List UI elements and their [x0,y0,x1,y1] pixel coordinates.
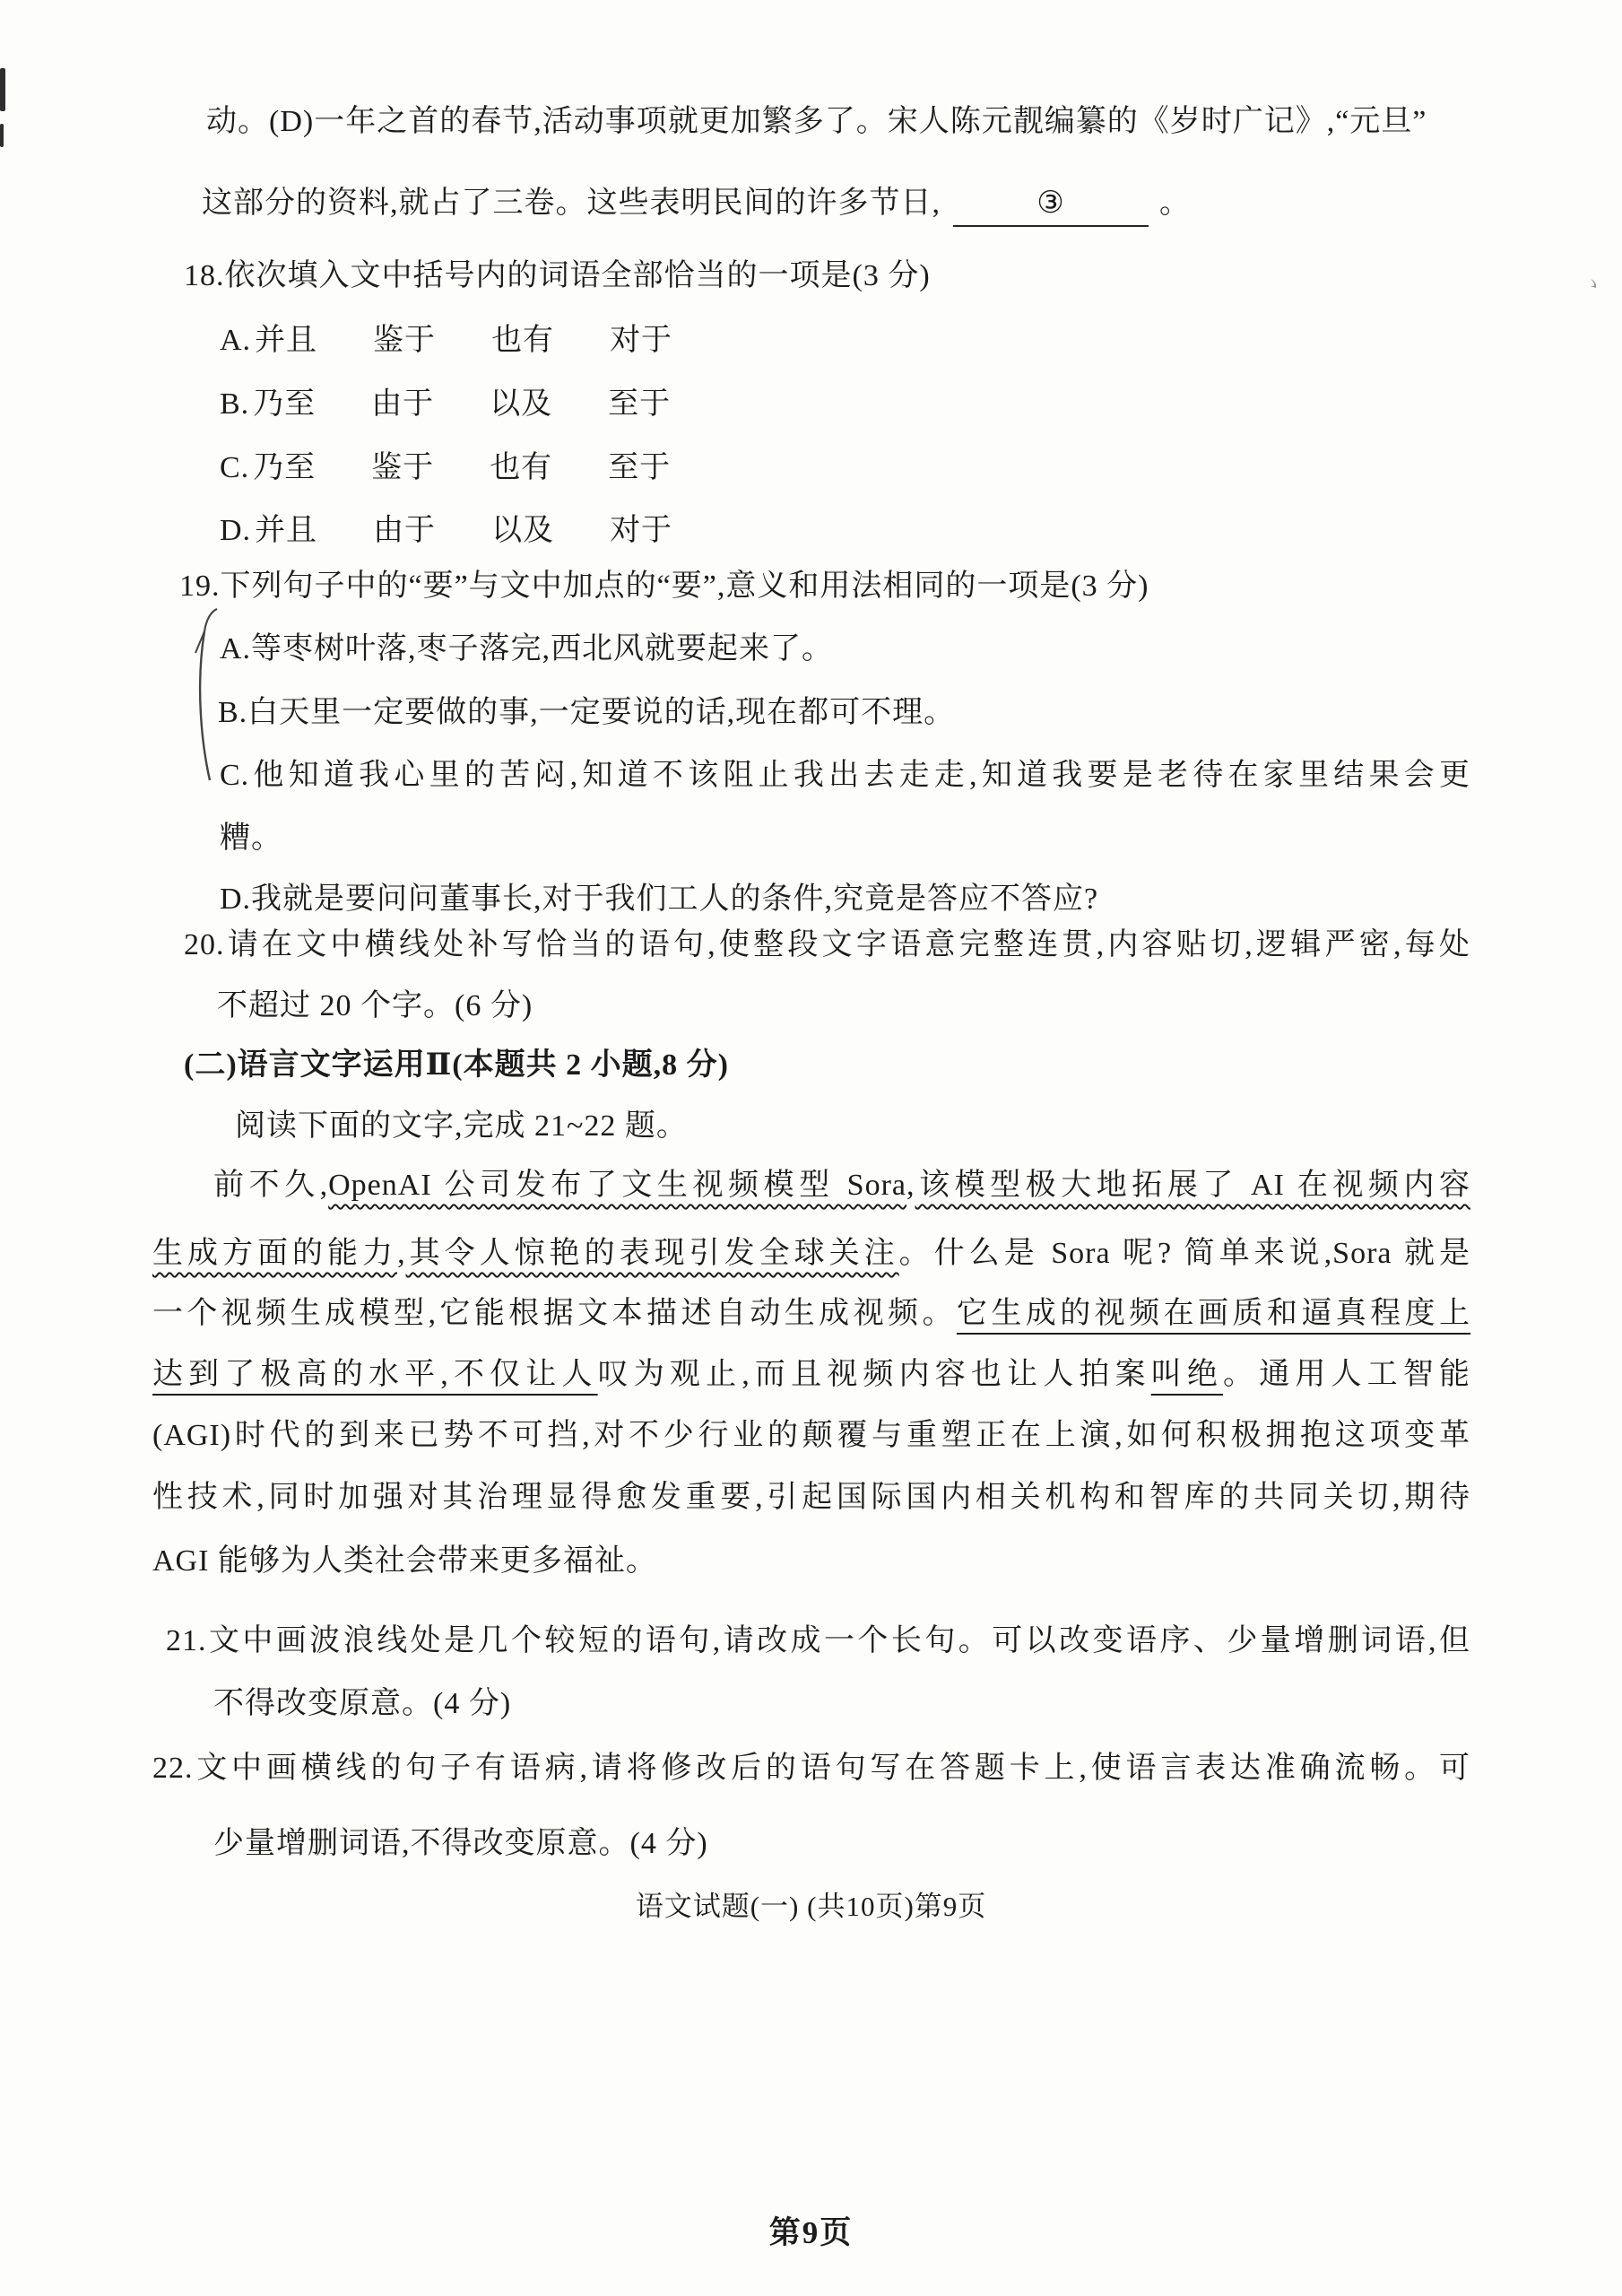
passage-text: 性技术,同时加强对其治理显得愈发重要,引起国际国内相关机构和智库的共同关切,期待 [152,1481,1470,1514]
q19-option-a: A.等枣树叶落,枣子落完,西北风就要起来了。 [220,628,833,671]
q18-option-row-c: C.乃至鉴于也有至于 [220,447,671,490]
option-word: 鉴于 [373,319,436,362]
wavy-underlined-text: 生成方面的能力 [152,1237,397,1270]
question-18-stem: 18.依次填入文中括号内的词语全部恰当的一项是(3 分) [184,255,931,298]
passage-line-6: 性技术,同时加强对其治理显得愈发重要,引起国际国内相关机构和智库的共同关切,期待 [152,1476,1470,1519]
intro-line-1: 动。(D)一年之首的春节,活动事项就更加繁多了。宋人陈元靓编纂的《岁时广记》,“… [206,100,1427,143]
scan-edge-smudge [0,68,5,111]
option-word: 对于 [610,509,672,552]
wavy-underlined-text: 该模型极大地拓展了 AI 在视频内容 [915,1169,1471,1202]
underlined-text: 达到了极高的水平,不仅让人 [152,1358,598,1391]
option-word: 由于 [373,509,436,552]
intro-line-2: 这部分的资料,就占了三卷。这些表明民间的许多节日,③。 [202,182,1191,227]
q19-option-d: D.我就是要问问董事长,对于我们工人的条件,究竟是答应不答应? [220,878,1098,921]
passage-line-4: 达到了极高的水平,不仅让人叹为观止,而且视频内容也让人拍案叫绝。通用人工智能 [152,1353,1470,1396]
scanned-exam-page: { "intro": { "line1": "动。(D)一年之首的春节,活动事项… [0,0,1622,2296]
option-word: 也有 [490,447,552,490]
question-19-stem: 19.下列句子中的“要”与文中加点的“要”,意义和用法相同的一项是(3 分) [179,565,1149,608]
option-word: 以及 [490,383,552,426]
question-22-stem-line-2: 少量增删词语,不得改变原意。(4 分) [213,1822,708,1865]
passage-text: AGI 能够为人类社会带来更多福祉。 [152,1544,657,1578]
option-word: 也有 [491,319,554,362]
option-word: 乃至 [253,447,316,490]
passage-line-1: 前不久,OpenAI 公司发布了文生视频模型 Sora,该模型极大地拓展了 AI… [152,1164,1470,1207]
question-20-stem-line-1: 20.请在文中横线处补写恰当的语句,使整段文字语意完整连贯,内容贴切,逻辑严密,… [184,924,1470,967]
passage-line-5: (AGI)时代的到来已势不可挡,对不少行业的颠覆与重塑正在上演,如何积极拥抱这项… [152,1414,1470,1457]
fill-in-blank-3: ③ [953,182,1149,227]
option-word: 由于 [371,383,434,426]
option-label: B. [220,387,249,421]
scan-artifact: ゝ [1581,267,1606,299]
option-word: 至于 [608,447,671,490]
option-word: 以及 [491,509,554,552]
page-number: 第9页 [0,2208,1622,2253]
scan-edge-smudge [0,124,4,147]
passage-line-3: 一个视频生成模型,它能根据文本描述自动生成视频。它生成的视频在画质和逼真程度上 [152,1292,1470,1335]
option-label: C. [220,451,249,484]
blank-circled-number: ③ [1037,187,1064,220]
q18-option-row-b: B.乃至由于以及至于 [220,383,671,426]
option-word: 并且 [255,319,317,362]
passage-text: 前不久, [213,1169,328,1202]
question-22-stem-line-1: 22.文中画横线的句子有语病,请将修改后的语句写在答题卡上,使语言表达准确流畅。… [152,1747,1470,1790]
underlined-text: 它生成的视频在画质和逼真程度上 [957,1297,1470,1330]
option-word: 至于 [608,383,671,426]
passage-text: 。通用人工智能 [1223,1358,1470,1391]
section-2-heading: (二)语言文字运用Ⅱ(本题共 2 小题,8 分) [184,1044,729,1087]
passage-text: , [397,1237,406,1270]
wavy-underlined-text: 其令人惊艳的表现引发全球关注 [406,1237,899,1270]
option-word: 乃至 [253,383,316,426]
option-label: A. [220,324,251,357]
question-20-stem-line-2: 不超过 20 个字。(6 分) [217,985,533,1028]
passage-text: 叹为观止,而且视频内容也让人拍案 [598,1358,1151,1391]
q19-option-c: C.他知道我心里的苦闷,知道不该阻止我出去走走,知道我要是老待在家里结果会更 [220,754,1470,797]
option-word: 对于 [610,319,672,362]
option-word: 并且 [255,509,317,552]
section-2-instruction: 阅读下面的文字,完成 21~22 题。 [235,1105,688,1148]
option-word: 鉴于 [371,447,434,490]
option-label: D. [220,514,251,547]
q19-option-b: B.白天里一定要做的事,一定要说的话,现在都可不理。 [218,691,955,735]
underlined-text: 叫绝 [1151,1358,1223,1391]
passage-line-7: AGI 能够为人类社会带来更多福祉。 [152,1540,657,1583]
q18-option-row-a: A.并且鉴于也有对于 [220,319,672,362]
passage-text: (AGI)时代的到来已势不可挡,对不少行业的颠覆与重塑正在上演,如何积极拥抱这项… [152,1419,1470,1452]
passage-text: , [906,1169,915,1202]
passage-text: 一个视频生成模型,它能根据文本描述自动生成视频。 [152,1297,957,1330]
wavy-underlined-text: OpenAI 公司发布了文生视频模型 Sora [328,1169,906,1202]
q18-option-row-d: D.并且由于以及对于 [220,509,672,552]
intro-line-2-text: 这部分的资料,就占了三卷。这些表明民间的许多节日, [202,187,941,220]
passage-text: 。什么是 Sora 呢? 简单来说,Sora 就是 [899,1237,1470,1270]
intro-line-2-period: 。 [1159,187,1191,220]
passage-line-2: 生成方面的能力,其令人惊艳的表现引发全球关注。什么是 Sora 呢? 简单来说,… [152,1232,1470,1275]
footer-paper-label: 语文试题(一) (共10页)第9页 [0,1883,1622,1924]
question-21-stem-line-2: 不得改变原意。(4 分) [213,1683,511,1726]
q19-option-c-continuation: 糟。 [220,817,282,860]
question-21-stem-line-1: 21.文中画波浪线处是几个较短的语句,请改成一个长句。可以改变语序、少量增删词语… [166,1620,1470,1663]
